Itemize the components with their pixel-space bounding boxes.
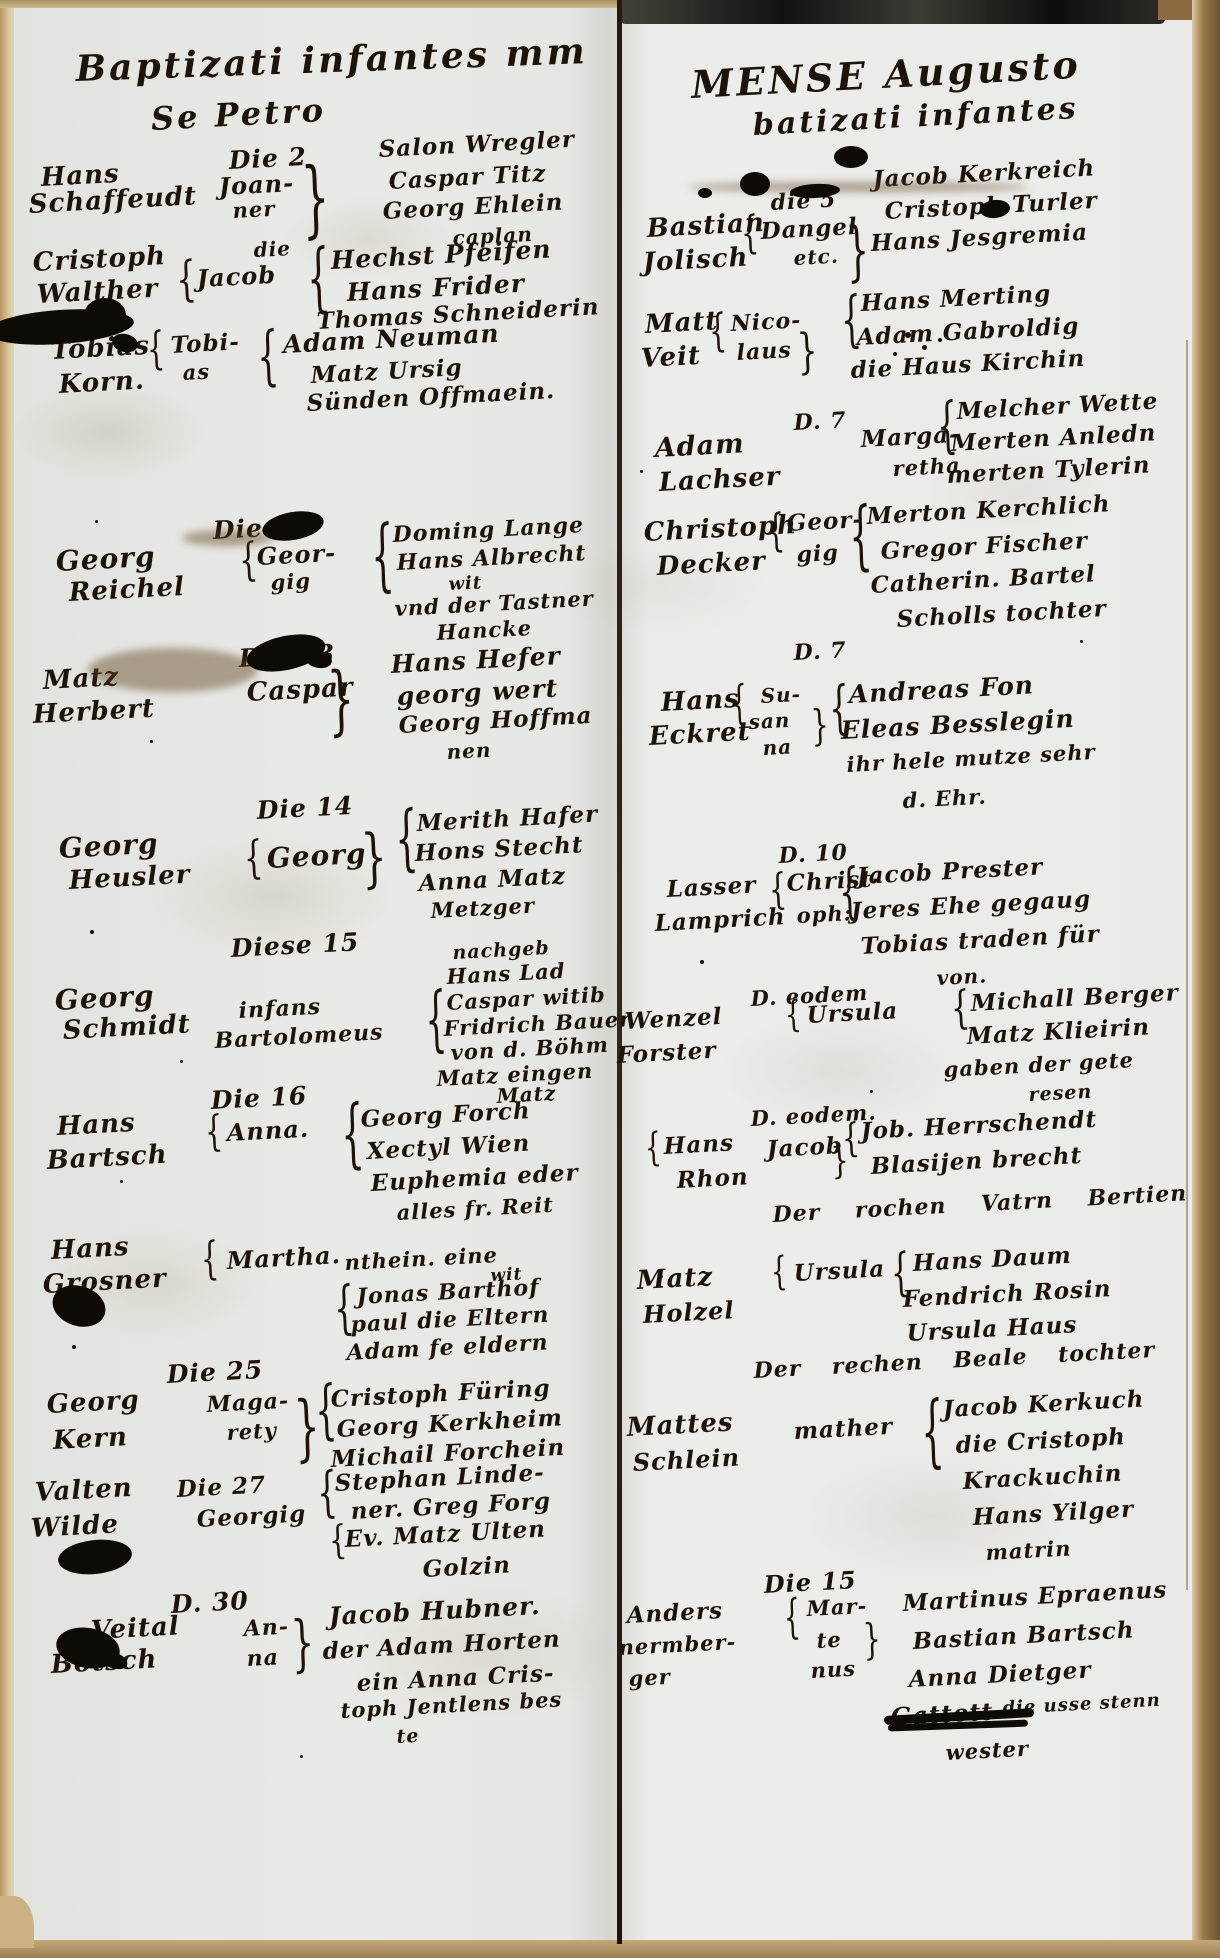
brace-mark: { [950, 986, 971, 1033]
father-name-line: Anders [626, 1597, 724, 1629]
child-name-line: san [748, 708, 791, 734]
father-name-line: Mattes [626, 1407, 734, 1443]
godparent-line: Hancke [436, 615, 533, 645]
father-name-line: Georg [55, 540, 156, 578]
father-name-line: Decker [656, 546, 767, 582]
brace-mark: { [200, 1236, 220, 1283]
godparent-line: te [396, 1725, 420, 1748]
father-name-line: Wenzel [624, 1003, 723, 1035]
father-name-line: Hans [56, 1108, 136, 1142]
father-name-line: ger [628, 1664, 671, 1691]
child-name-line: Ursula [806, 997, 899, 1029]
godparent-line: matrin [985, 1536, 1072, 1565]
ink-speck [1080, 640, 1083, 643]
father-name-line: Lachser [658, 462, 781, 498]
ink-speck [120, 1180, 123, 1183]
brace-mark: { [936, 393, 959, 456]
godparent-line: nen [446, 738, 492, 764]
brace-mark: { [424, 983, 448, 1057]
child-name-line: Georgig [196, 1500, 307, 1533]
father-name-line: Georg [58, 827, 159, 865]
father-name-line: Schlein [632, 1442, 741, 1477]
child-name-line: na [762, 734, 793, 760]
father-name-line: Hans [660, 684, 740, 718]
entry-date: die [253, 236, 292, 262]
child-name-line: na [246, 1644, 280, 1672]
ink-speck [700, 960, 704, 964]
father-name-line: Hans [663, 1129, 735, 1160]
brace-mark: } [862, 1618, 882, 1662]
child-name-line: etc. [793, 244, 839, 270]
father-name-line: Rhon [676, 1163, 749, 1194]
father-name-line: Herbert [32, 694, 156, 730]
father-name-line: Hans [50, 1232, 130, 1266]
brace-mark: { [848, 499, 873, 578]
child-name-line: Tobi- [170, 328, 241, 359]
child-name-line: gig [270, 568, 312, 595]
father-name-line: Bartsch [46, 1140, 168, 1176]
brace-mark: { [841, 1118, 861, 1159]
brace-mark: } [810, 704, 830, 748]
child-name-line: te [816, 1627, 842, 1653]
book-edge-right [1192, 0, 1220, 1958]
child-name-line: mather [793, 1413, 894, 1445]
father-name-line: Heusler [68, 860, 191, 896]
brace-mark: { [890, 1248, 911, 1301]
book-binding-top [620, 0, 1165, 24]
entry-date: Die 27 [176, 1471, 267, 1503]
ink-blot [84, 298, 126, 332]
brace-mark: { [920, 1392, 945, 1475]
child-name-line: Su- [760, 682, 801, 708]
child-name-line: An- [243, 1614, 290, 1642]
child-name-line: Maga- [206, 1388, 290, 1418]
brace-mark: { [306, 241, 331, 320]
entry-date: D. 30 [170, 1586, 249, 1619]
brace-mark: { [314, 1377, 338, 1444]
brace-mark: { [766, 508, 786, 555]
entry-date: Die 14 [256, 791, 354, 825]
father-name-line: Lasser [666, 871, 757, 903]
child-name-line: Mar- [806, 1593, 868, 1621]
entry-date: Die 25 [166, 1355, 264, 1389]
ink-speck [938, 338, 942, 342]
brace-mark: { [256, 323, 280, 390]
child-name-line: Geor- [256, 538, 337, 571]
child-name-line: Anna. [226, 1114, 310, 1147]
manuscript-scan: Baptizati infantes mm Se Petro Die 2 Sal… [0, 0, 1220, 1958]
ink-speck [922, 345, 927, 350]
father-name-line: Forster [616, 1037, 717, 1069]
brace-mark: { [838, 859, 861, 922]
brace-mark: } [326, 661, 356, 740]
ink-speck [300, 1755, 303, 1758]
father-name-line: Georg [46, 1385, 140, 1420]
ink-speck [95, 520, 98, 523]
godparent-line: Golzin [422, 1551, 512, 1583]
child-name-line: Ursula [793, 1255, 886, 1287]
brace-mark: { [146, 326, 166, 373]
brace-mark: { [828, 677, 851, 737]
book-edge-left [0, 0, 14, 1958]
ink-smudge [688, 182, 1028, 192]
father-name-line: Valten [34, 1473, 133, 1508]
brace-mark: { [328, 1520, 348, 1561]
child-name-line: infans [238, 994, 322, 1024]
child-name-line: rety [226, 1417, 278, 1445]
brace-mark: { [316, 1464, 339, 1521]
brace-mark: } [290, 1613, 315, 1677]
child-name-line: Dangel [760, 213, 858, 245]
ink-speck [180, 1060, 183, 1063]
godparent-line: wester [945, 1736, 1030, 1765]
brace-mark: { [770, 1252, 788, 1293]
brace-mark: { [243, 836, 264, 883]
ink-speck [150, 740, 153, 743]
father-name-line: Adam [654, 428, 745, 464]
child-name-line: as [182, 359, 211, 385]
brace-mark: { [394, 803, 419, 878]
brace-mark: { [340, 1097, 365, 1176]
child-name-line: Georg [266, 837, 367, 875]
godparent-line: d. Ehr. [902, 784, 987, 813]
father-name-line: Holzel [642, 1295, 735, 1329]
father-name-line: Korn. [58, 365, 145, 399]
godparent-line: resen [1028, 1081, 1093, 1106]
entry-date: D. 7 [793, 637, 847, 666]
brace-mark: { [768, 868, 788, 912]
brace-mark: } [360, 825, 388, 892]
brace-mark: } [845, 219, 870, 287]
ink-speck [905, 332, 911, 338]
ink-blot [834, 146, 868, 168]
child-name-line: nus [810, 1656, 857, 1683]
brace-mark: } [796, 326, 819, 376]
ink-blot [740, 172, 770, 196]
brace-mark: { [783, 1594, 801, 1643]
ink-speck [870, 1090, 873, 1093]
brace-mark: { [333, 1277, 356, 1337]
brace-mark: } [300, 156, 331, 243]
ink-speck [660, 1275, 663, 1278]
brace-mark: { [204, 1110, 224, 1154]
brace-mark: { [644, 1128, 662, 1169]
father-name-line: Matz [636, 1262, 714, 1296]
entry-date: Die 16 [210, 1081, 308, 1115]
ink-speck [72, 1345, 76, 1349]
brace-mark: { [840, 287, 863, 350]
child-name-line: Martha. [226, 1240, 342, 1275]
entry-date: D. 7 [793, 407, 847, 436]
book-edge-top-left [0, 0, 622, 8]
ink-speck [90, 930, 94, 934]
page-edge-line-right [1186, 340, 1188, 1590]
father-name-line: Reichel [68, 572, 186, 608]
child-name-line: gig [796, 540, 839, 568]
child-name-line: ner [232, 196, 276, 223]
ink-speck [893, 352, 897, 356]
brace-mark: { [175, 254, 198, 304]
ink-speck [640, 470, 643, 473]
ink-blot [698, 188, 712, 198]
ink-smudge [88, 648, 258, 692]
father-name-line: Jolisch [642, 242, 749, 277]
ink-smudge [182, 530, 274, 546]
child-name-line: Nico- [730, 307, 802, 337]
child-name-line: Jacob [196, 260, 277, 293]
father-name-line: Kern [52, 1422, 129, 1456]
brace-mark: { [784, 996, 802, 1034]
brace-mark: { [708, 308, 728, 355]
book-edge-bottom [0, 1940, 1220, 1958]
father-name-line: Veit [640, 341, 702, 374]
child-name-line: laus [736, 337, 792, 366]
brace-mark: { [370, 516, 395, 599]
brace-mark: { [740, 210, 760, 257]
brace-mark: { [730, 680, 748, 729]
